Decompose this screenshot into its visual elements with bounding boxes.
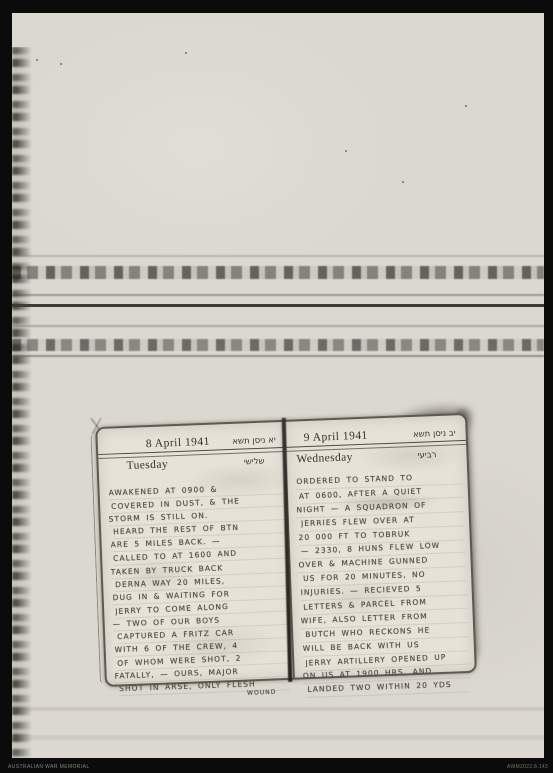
paper-speck	[36, 59, 38, 61]
hebrew-date: יב ניסן תשא	[413, 428, 456, 440]
handwritten-entry: ORDERED TO STAND TOAT 0600, AFTER A QUIE…	[296, 470, 470, 698]
hebrew-day-name: רביעי	[417, 450, 436, 461]
hebrew-date: יא ניסן תשא	[232, 435, 276, 447]
diary-page-left-content: 8 April 1941 יא ניסן תשא Tuesday שלישי A…	[97, 422, 295, 685]
scanned-photo-frame: 8 April 1941 יא ניסן תשא Tuesday שלישי A…	[0, 0, 553, 773]
handwritten-entry: AWAKENED AT 0900 &COVERED IN DUST, & THE…	[108, 481, 290, 702]
diary-page-right-content: 9 April 1941 יב ניסן תשא Wednesday רביעי…	[285, 415, 475, 678]
scan-artifact-line	[12, 304, 544, 307]
institution-caption: AUSTRALIAN WAR MEMORIAL	[8, 764, 90, 770]
scan-artifact-line	[12, 355, 544, 357]
paper-speck	[185, 52, 187, 54]
accession-id-caption: AWM2022.8.143	[507, 764, 548, 770]
scan-artifact-line	[12, 255, 544, 257]
printed-date: 9 April 1941	[303, 430, 368, 444]
photocopy-paper: 8 April 1941 יא ניסן תשא Tuesday שלישי A…	[12, 13, 544, 758]
paper-speck	[345, 150, 347, 152]
hebrew-day-name: שלישי	[244, 457, 265, 468]
scan-artifact-band	[12, 266, 544, 279]
printed-day-name: Wednesday	[296, 451, 353, 465]
paper-streak	[12, 707, 544, 711]
diary-page-left: 8 April 1941 יא ניסן תשא Tuesday שלישי A…	[95, 420, 297, 687]
diary-page-right: 9 April 1941 יב ניסן תשא Wednesday רביעי…	[283, 413, 477, 680]
paper-streak	[12, 735, 544, 740]
left-edge-smudge	[12, 47, 32, 758]
printed-day-name: Tuesday	[126, 458, 168, 472]
scan-artifact-line	[12, 294, 544, 296]
scan-artifact-line	[12, 325, 544, 327]
paper-speck	[60, 63, 62, 65]
open-diary-book: 8 April 1941 יא ניסן תשא Tuesday שלישי A…	[95, 413, 473, 687]
printed-date: 8 April 1941	[146, 436, 211, 450]
scan-artifact-band	[12, 339, 544, 351]
paper-speck	[465, 105, 467, 107]
paper-speck	[402, 181, 404, 183]
